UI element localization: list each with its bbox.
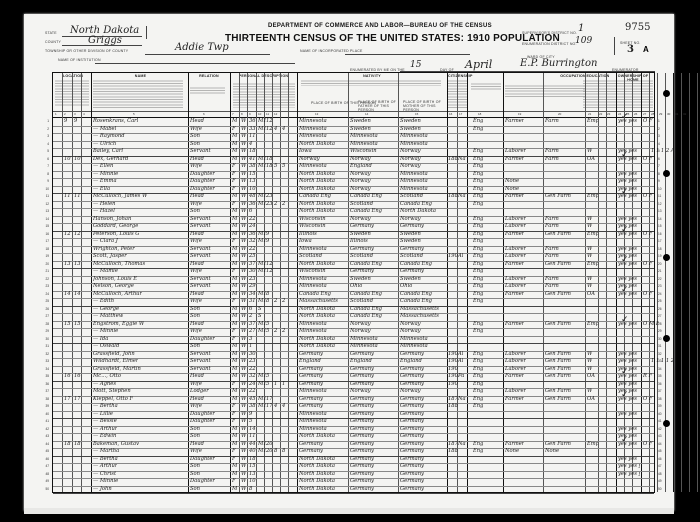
cell-mother-bp: Canada Eng — [400, 201, 432, 209]
cell-race: W — [241, 358, 246, 366]
cell-father-bp: Sweden — [350, 126, 371, 134]
cell-occupation: Farmer — [505, 396, 524, 404]
column-number: 10 — [258, 112, 261, 116]
table-row: Bailey, CarlServantMW18IowaWisconsinNorw… — [53, 148, 654, 156]
cell-immigration: 1880 — [448, 448, 458, 456]
county-label: County — [45, 40, 61, 44]
cell-age: 24 — [249, 223, 256, 231]
cell-relation: Wife — [190, 328, 202, 336]
cell-age: 38 — [249, 163, 256, 171]
column-number: 30 — [667, 112, 670, 116]
cell-age: 31 — [249, 298, 256, 306]
cell-read-write: yes yes — [618, 411, 637, 419]
line-number-right: 49 — [658, 479, 662, 483]
cell-age: 30 — [249, 268, 256, 276]
cell-read-write: yes yes — [618, 178, 637, 186]
cell-sex: F — [232, 381, 236, 389]
table-row: 1111McCulloch, James WHeadMW48M123Canada… — [53, 193, 654, 201]
cell-mother-bp: Scotland — [400, 193, 423, 201]
enumeration-district-value: 109 — [575, 36, 592, 46]
table-row: Wildhardt, ElmerServantMW23EnglandEnglan… — [53, 358, 654, 366]
checkmark-icon: ✓ — [621, 225, 629, 235]
cell-emp: OA — [587, 396, 595, 404]
supervisor-district-value: 1 — [578, 23, 584, 34]
line-number-right: 8 — [658, 172, 660, 176]
cell-relation: Son — [190, 306, 200, 314]
cell-years-married: 9 — [266, 238, 269, 246]
cell-sex: M — [232, 388, 237, 396]
cell-father-bp: Germany — [350, 448, 374, 456]
checkmark-icon: ✓ — [621, 367, 629, 377]
cell-speaks: Eng — [473, 238, 483, 246]
cell-industry: Farm — [545, 223, 559, 231]
cell-children-born: 1 — [274, 381, 277, 389]
cell-mother-bp: Ohio — [400, 283, 412, 291]
cell-name: — Mabel — [93, 126, 116, 134]
cell-occupation: Laborer — [505, 223, 526, 231]
cell-marital: M1 — [258, 268, 266, 276]
table-row: Grassfield, MartinServantMW22GermanyGerm… — [53, 366, 654, 374]
cell-relation: Wife — [190, 238, 202, 246]
cell-name: McCulloch, Thomas — [93, 261, 145, 269]
cell-name: — Christ — [93, 471, 116, 479]
cell-relation: Head — [190, 441, 204, 449]
cell-relation: Servant — [190, 283, 211, 291]
column-number: 11 — [266, 112, 269, 116]
line-number-right: 42 — [658, 427, 662, 431]
cell-mother-bp: North Dakota — [400, 208, 436, 216]
cell-marital: M1 — [258, 448, 266, 456]
cell-naturalization: Na — [458, 396, 466, 404]
cell-mother-bp: Sweden — [400, 276, 421, 284]
cell-occupation: None — [505, 186, 519, 194]
cell-father-bp: Germany — [350, 403, 374, 411]
cell-name: — Arthur — [93, 463, 117, 471]
line-number: 3 — [41, 134, 49, 138]
cell-father-bp: Germany — [350, 433, 374, 441]
cell-sex: F — [232, 456, 236, 464]
cell-race: W — [241, 201, 246, 209]
cell-read-write: yes yes — [618, 426, 637, 434]
cell-mother-bp: Massachusetts — [400, 306, 439, 314]
cell-father-bp: Norway — [350, 388, 371, 396]
column-number: 22 — [599, 112, 602, 116]
cell-name: Goddard, George — [93, 223, 138, 231]
cell-relation: Daughter — [190, 171, 215, 179]
cell-family: 11 — [74, 193, 81, 201]
cell-speaks: Eng — [473, 321, 483, 329]
line-number: 14 — [41, 217, 49, 221]
cell-father-bp: Germany — [350, 366, 374, 374]
cell-race: W — [241, 238, 246, 246]
cell-marital: S — [258, 306, 262, 314]
table-row: — OswaldSonMW1North DakotaMinnesotaMinne… — [53, 343, 654, 351]
cell-children-born: 4 — [274, 126, 277, 134]
cell-owned: O F — [643, 156, 653, 164]
cell-mother-bp: Germany — [400, 448, 424, 456]
cell-birthplace: North Dakota — [299, 433, 335, 441]
cell-age: 34 — [249, 291, 256, 299]
cell-birthplace: Minnesota — [299, 246, 327, 254]
table-row: 1616Mc..., OttoHeadMW32M15GermanyGermany… — [53, 373, 654, 381]
cell-marital: M1 — [258, 403, 266, 411]
line-number-right: 27 — [658, 314, 662, 318]
table-row: 1010Dex, GerhardHeadMW41M118NorwayNorway… — [53, 156, 654, 164]
punch-hole — [663, 254, 670, 261]
table-row: — EdithWifeFW31M1822MassachusettsScotlan… — [53, 298, 654, 306]
cell-mother-bp: Massachusetts — [400, 313, 439, 321]
cell-mother-bp: Sweden — [400, 238, 421, 246]
cell-sex: M — [232, 463, 237, 471]
line-number-right: 9 — [658, 179, 660, 183]
cell-name: — George — [93, 306, 119, 314]
cell-mother-bp: Minnesota — [400, 141, 428, 149]
cell-relation: Son — [190, 343, 200, 351]
line-number: 34 — [41, 367, 49, 371]
line-number: 50 — [41, 487, 49, 491]
cell-birthplace: Minnesota — [299, 163, 327, 171]
cell-birthplace: Minnesota — [299, 388, 327, 396]
cell-dwelling: 14 — [64, 291, 71, 299]
line-number: 42 — [41, 427, 49, 431]
cell-race: W — [241, 456, 246, 464]
column-number: 1 — [55, 112, 57, 116]
cell-birthplace: North Dakota — [299, 343, 335, 351]
column-number: 6 — [203, 112, 205, 116]
cell-mother-bp: Germany — [400, 463, 424, 471]
cell-birthplace: Iowa — [299, 238, 312, 246]
cell-relation: Head — [190, 291, 204, 299]
column-number: 19 — [518, 112, 521, 116]
cell-dwelling: 15 — [64, 321, 71, 329]
line-number-right: 25 — [658, 299, 662, 303]
cell-age: 22 — [249, 366, 256, 374]
line-number: 8 — [41, 172, 49, 176]
cell-race: W — [241, 396, 246, 404]
cell-occupation: Farmer — [505, 373, 524, 381]
line-number-right: 17 — [658, 239, 662, 243]
cell-owned: O F — [643, 118, 653, 126]
cell-name: — Raymond — [93, 133, 125, 141]
cell-age: 10 — [249, 186, 256, 194]
column-number: 5 — [133, 112, 135, 116]
cell-industry: Gen Farm — [545, 441, 571, 449]
cell-immigration: 1902 — [448, 373, 458, 381]
cell-race: W — [241, 478, 246, 486]
cell-occupation: Farmer — [505, 291, 524, 299]
cell-sex: M — [232, 141, 237, 149]
cell-race: W — [241, 291, 246, 299]
cell-naturalization: Al — [458, 358, 463, 366]
column-number: 31 — [675, 112, 678, 116]
table-row: Mott, StephenLodgerMW22MinnesotaNorwayNo… — [53, 388, 654, 396]
line-number: 7 — [41, 164, 49, 168]
cell-race: W — [241, 223, 246, 231]
cell-speaks: Eng — [473, 373, 483, 381]
cell-years-married: 12 — [266, 118, 273, 126]
cell-name: Wildhardt, Elmer — [93, 358, 138, 366]
cell-years-married: 17 — [266, 396, 273, 404]
cell-sex: F — [232, 403, 236, 411]
column-number: 29 — [659, 112, 662, 116]
cell-age: 45 — [249, 396, 256, 404]
cell-marital: M1 — [258, 118, 266, 126]
cell-birthplace: Wisconsin — [299, 268, 326, 276]
cell-relation: Head — [190, 231, 204, 239]
cell-relation: Son — [190, 426, 200, 434]
cell-sex: M — [232, 291, 237, 299]
line-number-right: 48 — [658, 472, 662, 476]
cell-birthplace: Minnesota — [299, 126, 327, 134]
cell-name: Engstrom, Eggie W — [93, 321, 144, 329]
column-number: 13 — [315, 112, 318, 116]
cell-name: Mc..., Otto — [93, 373, 121, 381]
cell-name: — Edith — [93, 298, 114, 306]
line-number-right: 19 — [658, 254, 662, 258]
line-number-right: 33 — [658, 359, 662, 363]
cell-sex: M — [232, 231, 237, 239]
cell-mother-bp: Scotland — [400, 253, 423, 261]
cell-sex: F — [232, 448, 236, 456]
cell-name: — Hazel — [93, 208, 115, 216]
cell-age: 5 — [249, 418, 252, 426]
cell-industry: Farm — [545, 156, 559, 164]
cell-age: 3 — [249, 336, 252, 344]
cell-name: — Lillie — [93, 411, 113, 419]
cell-race: W — [241, 411, 246, 419]
cell-relation: Daughter — [190, 456, 215, 464]
cell-relation: Head — [190, 261, 204, 269]
column-number: 9 — [249, 112, 251, 116]
township-label: Township or other division of county — [45, 49, 128, 53]
cell-race: W — [241, 246, 246, 254]
cell-marital: M1 — [258, 156, 266, 164]
cell-age: 24 — [249, 381, 256, 389]
cell-speaks: Eng — [473, 351, 483, 359]
cell-race: W — [241, 283, 246, 291]
cell-race: W — [241, 336, 246, 344]
cell-race: W — [241, 328, 246, 336]
cell-race: W — [241, 253, 246, 261]
cell-speaks: Eng — [473, 126, 483, 134]
cell-industry: Gen Farm — [545, 373, 571, 381]
table-row: 1313McCulloch, ThomasHeadMW37M112North D… — [53, 261, 654, 269]
cell-years-married: 23 — [266, 193, 273, 201]
cell-sex: F — [232, 418, 236, 426]
cell-occupation: Laborer — [505, 283, 526, 291]
cell-sex: M — [232, 343, 237, 351]
cell-race: W — [241, 381, 246, 389]
cell-father-bp: Sweden — [350, 231, 371, 239]
cell-race: W — [241, 298, 246, 306]
cell-mother-bp: Germany — [400, 471, 424, 479]
cell-relation: Wife — [190, 298, 202, 306]
cell-sex: M — [232, 321, 237, 329]
language-instructions — [471, 83, 501, 91]
table-row: — AgnesWifeFW24M1511GermanyGermanyGerman… — [53, 381, 654, 389]
cell-family: 16 — [74, 373, 81, 381]
cell-industry: Gen Farm — [545, 351, 571, 359]
cell-speaks: Eng — [473, 201, 483, 209]
cell-sex: F — [232, 186, 236, 194]
punch-hole — [663, 420, 670, 427]
line-number-right: 50 — [658, 487, 662, 491]
cell-sex: M — [232, 253, 237, 261]
cell-years-married: 20 — [266, 441, 273, 449]
cell-father-bp: Ohio — [350, 283, 362, 291]
cell-father-bp: Germany — [350, 396, 374, 404]
line-number: 25 — [41, 299, 49, 303]
line-number-right: 10 — [658, 187, 662, 191]
cell-birthplace: North Dakota — [299, 306, 335, 314]
header-nativity: NATIVITY — [297, 74, 447, 78]
line-number-right: 37 — [658, 389, 662, 393]
cell-mother-bp: Germany — [400, 418, 424, 426]
line-number-right: 41 — [658, 419, 662, 423]
cell-age: 32 — [249, 373, 256, 381]
cell-birthplace: North Dakota — [299, 486, 335, 494]
cell-family: 14 — [74, 291, 81, 299]
cell-mother-bp: Norway — [400, 328, 421, 336]
table-row: — MinnieDaughterFW10North DakotaGermanyG… — [53, 478, 654, 486]
cell-industry: Gen Farm — [545, 388, 571, 396]
table-row: — MinnieWifeFW27M1522MinnesotaNorwayNorw… — [53, 328, 654, 336]
cell-marital: M1 — [258, 291, 266, 299]
cell-name: Johnson, Louis E — [93, 276, 137, 284]
table-row: — JohnSonMW8North DakotaGermanyGermany — [53, 486, 654, 494]
cell-occupation: Farmer — [505, 321, 524, 329]
cell-sex: F — [232, 126, 236, 134]
cell-name: — Ellen — [93, 163, 113, 171]
cell-emp: W — [587, 253, 592, 261]
line-number: 27 — [41, 314, 49, 318]
cell-relation: Servant — [190, 216, 211, 224]
cell-father-bp: Minnesota — [350, 141, 378, 149]
cell-read-write: yes yes — [618, 246, 637, 254]
cell-father-bp: Germany — [350, 268, 374, 276]
cell-dwelling: 13 — [64, 261, 71, 269]
cell-age: 38 — [249, 403, 256, 411]
cell-age: 22 — [249, 216, 256, 224]
cell-father-bp: Germany — [350, 456, 374, 464]
cell-read-write: yes yes — [618, 381, 637, 389]
cell-relation: Servant — [190, 351, 211, 359]
cell-race: W — [241, 313, 246, 321]
cell-mother-bp: Germany — [400, 478, 424, 486]
column-number: 28 — [651, 112, 654, 116]
table-row: — EmmaDaughterFW13North DakotaNorwayMinn… — [53, 178, 654, 186]
cell-birthplace: North Dakota — [299, 171, 335, 179]
cell-industry: Gen Farm — [545, 193, 571, 201]
cell-name: — Arthur — [93, 426, 117, 434]
cell-naturalization: Na — [458, 156, 466, 164]
cell-mother-bp: Norway — [400, 156, 421, 164]
cell-emp: OA — [587, 156, 595, 164]
table-row: 1414McCulloch, ArthurHeadMW34M18Canada E… — [53, 291, 654, 299]
line-number: 46 — [41, 457, 49, 461]
cell-occupation: Farmer — [505, 193, 524, 201]
cell-industry: Gen Farm — [545, 231, 571, 239]
cell-occupation: Laborer — [505, 148, 526, 156]
cell-race: W — [241, 403, 246, 411]
column-number: 4 — [83, 112, 85, 116]
cell-father-bp: Canada Eng — [350, 261, 382, 269]
checkmark-icon: ✓ — [621, 255, 629, 265]
cell-speaks: Eng — [473, 358, 483, 366]
cell-race: W — [241, 388, 246, 396]
line-number-right: 30 — [658, 337, 662, 341]
cell-years-married: 17 — [266, 403, 273, 411]
cell-father-bp: Wisconsin — [350, 148, 377, 156]
cell-birthplace: Massachusetts — [299, 298, 338, 306]
cell-read-write: yes yes — [618, 358, 637, 366]
cell-children-living: 2 — [282, 328, 285, 336]
line-number-right: 23 — [658, 284, 662, 288]
cell-race: W — [241, 156, 246, 164]
column-number: 17 — [459, 112, 462, 116]
cell-father-bp: Canada Eng — [350, 208, 382, 216]
cell-birthplace: Minnesota — [299, 411, 327, 419]
cell-mother-bp: Minnesota — [400, 171, 428, 179]
census-title: THIRTEENTH CENSUS OF THE UNITED STATES: … — [225, 33, 560, 44]
cell-name: Grassfield, John — [93, 351, 135, 359]
cell-father-bp: Germany — [350, 478, 374, 486]
cell-age: 36 — [249, 201, 256, 209]
cell-mother-bp: Sweden — [400, 231, 421, 239]
cell-father-bp: Germany — [350, 463, 374, 471]
cell-speaks: Eng — [473, 276, 483, 284]
cell-naturalization: Al — [458, 351, 463, 359]
line-number: 11 — [41, 194, 49, 198]
enumerated-month: April — [465, 58, 492, 71]
cell-name: Kleppel, Otto F — [93, 396, 133, 404]
cell-industry: Farm — [545, 276, 559, 284]
line-number-right: 12 — [658, 202, 662, 206]
cell-name: — Oswald — [93, 343, 119, 351]
table-row: — IdaDaughterFW3North DakotaMinnesotaMin… — [53, 336, 654, 344]
table-row: — MarthaWifeFW40M12088GermanyGermanyGerm… — [53, 448, 654, 456]
cell-relation: Daughter — [190, 186, 215, 194]
line-number: 43 — [41, 434, 49, 438]
cell-father-bp: Germany — [350, 246, 374, 254]
cell-family: 12 — [74, 231, 81, 239]
cell-birthplace: Scotland — [299, 253, 322, 261]
line-number-right: 6 — [658, 157, 660, 161]
cell-speaks: Eng — [473, 291, 483, 299]
line-number-right: 45 — [658, 449, 662, 453]
cell-father-bp: Germany — [350, 373, 374, 381]
line-number-right: 47 — [658, 464, 662, 468]
cell-age: 1 — [249, 343, 252, 351]
line-number: 15 — [41, 224, 49, 228]
cell-read-write: yes yes — [618, 351, 637, 359]
cell-mother-bp: Norway — [400, 321, 421, 329]
cell-age: 36 — [249, 231, 256, 239]
cell-immigration: 1906 — [448, 358, 458, 366]
enumerated-day: 15 — [410, 60, 421, 70]
cell-age: 27 — [249, 328, 256, 336]
cell-sex: M — [232, 208, 237, 216]
line-number: 9 — [41, 179, 49, 183]
cell-birthplace: Canada Eng — [299, 291, 331, 299]
cell-owned: O M F — [643, 321, 659, 329]
cell-birthplace: North Dakota — [299, 201, 335, 209]
table-row: — MamieWifeFW30M112WisconsinGermanyGerma… — [53, 268, 654, 276]
line-number-right: 26 — [658, 307, 662, 311]
cell-relation: Daughter — [190, 418, 215, 426]
cell-speaks: Eng — [473, 366, 483, 374]
cell-emp: Emp — [587, 441, 598, 449]
